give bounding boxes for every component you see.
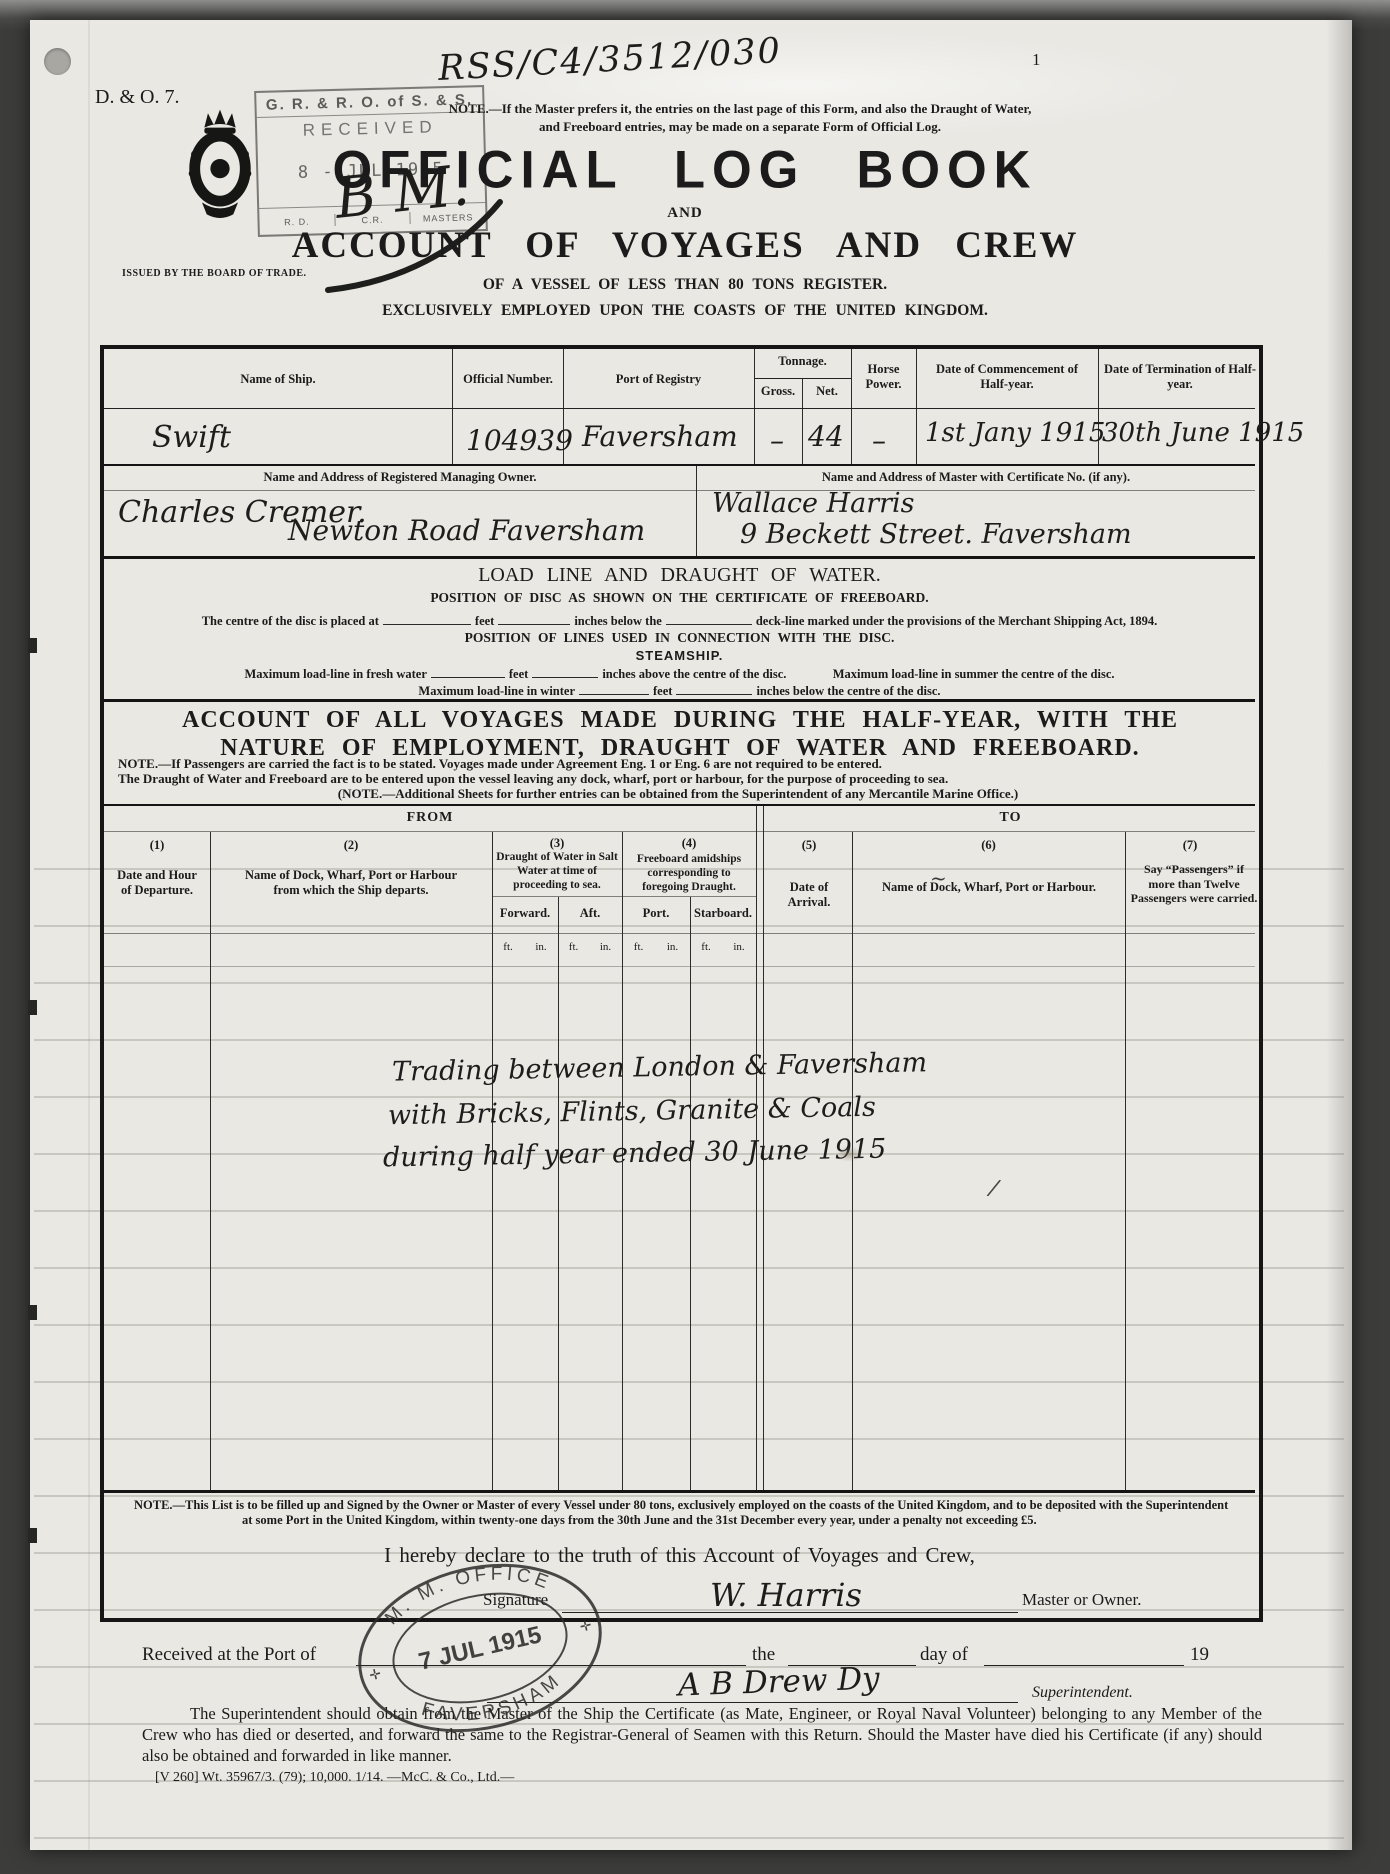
col7-number: (7)	[1125, 838, 1255, 853]
centre-text-2: feet	[475, 614, 494, 628]
commencement-handwritten: 1st Jany 1915	[925, 418, 1105, 448]
main-title: OFFICIAL LOG BOOK	[115, 139, 1255, 200]
col5-number: (5)	[766, 838, 852, 853]
superintendent-signature-handwritten: A B Drew Dy	[677, 1660, 880, 1703]
col6-number: (6)	[852, 838, 1125, 853]
page-number: 1	[1032, 50, 1041, 70]
paper-edge-shadow	[1326, 20, 1352, 1850]
units-row-forward: ft.in.	[492, 941, 558, 953]
unit-in: in.	[733, 941, 744, 953]
punch-hole	[44, 48, 71, 75]
loadline-winter-line: Maximum load-line in winterfeetinches be…	[104, 681, 1255, 699]
subtitle-coasts: EXCLUSIVELY EMPLOYED UPON THE COASTS OF …	[115, 302, 1255, 320]
hdr-termination: Date of Termination of Half-year.	[1102, 362, 1258, 393]
loadline-sub2: POSITION OF LINES USED IN CONNECTION WIT…	[104, 630, 1255, 646]
to-band-label: TO	[766, 810, 1255, 826]
master-or-owner-label: Master or Owner.	[1022, 1590, 1141, 1610]
col2-number: (2)	[210, 838, 492, 853]
loadline-heading: LOAD LINE AND DRAUGHT OF WATER.	[104, 564, 1255, 587]
col6-header: Name of Dock, Wharf, Port or Harbour.	[880, 880, 1098, 895]
col3-header: Draught of Water in Salt Water at time o…	[496, 850, 618, 892]
from-band-label: FROM	[104, 810, 756, 826]
col5-header: Date of Arrival.	[770, 880, 848, 911]
printer-imprint: [V 260] Wt. 35967/3. (79); 10,000. 1/14.…	[155, 1770, 514, 1786]
blank-line	[666, 611, 752, 625]
units-row-port: ft.in.	[622, 941, 690, 953]
centre-text-3: inches below the	[574, 614, 662, 628]
stamp-star-right: ✛	[578, 1619, 593, 1636]
unit-ft: ft.	[701, 941, 710, 953]
hdr-port-of-registry: Port of Registry	[563, 372, 754, 387]
account-note3: (NOTE.—Additional Sheets for further ent…	[118, 786, 1238, 802]
gross-tonnage-handwritten: –	[770, 424, 784, 457]
closing-paragraph: The Superintendent should obtain from th…	[142, 1704, 1262, 1766]
port-handwritten: Faversham	[582, 420, 738, 453]
hdr-commencement: Date of Commencement of Half-year.	[921, 362, 1093, 393]
official-number-handwritten: 104939	[466, 424, 573, 457]
unit-in: in.	[535, 941, 546, 953]
title-and: AND	[115, 205, 1255, 222]
col1-header: Date and Hour of Departure.	[112, 868, 202, 899]
day-of-label: day of	[920, 1644, 968, 1666]
account-heading: ACCOUNT OF ALL VOYAGES MADE DURING THE H…	[150, 706, 1210, 763]
stray-mark-tilde: ~	[930, 866, 947, 890]
account-note1: NOTE.—If Passengers are carried the fact…	[118, 756, 1238, 772]
col4a-subheader: Port.	[622, 906, 690, 921]
blank-line	[579, 681, 649, 695]
winter-text-3: inches below the centre of the disc.	[756, 684, 940, 698]
hdr-horse-power: Horse Power.	[851, 362, 916, 393]
unit-ft: ft.	[634, 941, 643, 953]
hdr-net: Net.	[803, 384, 851, 399]
scanned-log-book-page: RSS/C4/3512/030 1 D. & O. 7. ISSUED BY T…	[0, 0, 1390, 1874]
loadline-steamship: STEAMSHIP.	[104, 648, 1255, 663]
col3a-subheader: Forward.	[492, 906, 558, 921]
master-name-handwritten: Wallace Harris	[712, 488, 915, 519]
unit-ft: ft.	[503, 941, 512, 953]
centre-text-4: deck-line marked under the provisions of…	[756, 614, 1157, 628]
winter-text-1: Maximum load-line in winter	[418, 684, 575, 698]
binding-mark	[28, 1528, 37, 1543]
stamp-star-left: ✛	[368, 1667, 383, 1684]
binding-mark	[28, 1305, 37, 1320]
loadline-fresh-line: Maximum load-line in fresh waterfeetinch…	[104, 664, 1255, 682]
unit-ft: ft.	[569, 941, 578, 953]
subtitle-account: ACCOUNT OF VOYAGES AND CREW	[115, 224, 1255, 267]
loadline-centre-line: The centre of the disc is placed atfeeti…	[104, 611, 1255, 629]
binding-mark	[28, 1000, 37, 1015]
blank-line	[383, 611, 471, 625]
hdr-owner: Name and Address of Registered Managing …	[104, 470, 696, 485]
blank-line	[431, 664, 505, 678]
col4b-subheader: Starboard.	[690, 906, 756, 921]
stamp-date: 7 JUL 1915	[416, 1621, 544, 1675]
fresh-text-2: feet	[509, 667, 528, 681]
account-note2: The Draught of Water and Freeboard are t…	[118, 771, 1238, 787]
col3-number: (3)	[492, 836, 622, 851]
fresh-text-3: inches above the centre of the disc.	[602, 667, 786, 681]
horse-power-handwritten: –	[872, 424, 886, 457]
blank-line	[532, 664, 598, 678]
summer-text: Maximum load-line in summer the centre o…	[833, 667, 1115, 681]
year-label: 19	[1190, 1644, 1209, 1666]
winter-text-2: feet	[653, 684, 672, 698]
units-row-aft: ft.in.	[558, 941, 622, 953]
binding-mark	[28, 638, 37, 653]
hdr-tonnage: Tonnage.	[754, 354, 851, 369]
unit-in: in.	[667, 941, 678, 953]
fresh-text-1: Maximum load-line in fresh water	[244, 667, 426, 681]
unit-in: in.	[600, 941, 611, 953]
hdr-name-of-ship: Name of Ship.	[104, 372, 452, 387]
col3b-subheader: Aft.	[558, 906, 622, 921]
col1-number: (1)	[104, 838, 210, 853]
blank-line	[676, 681, 752, 695]
hdr-master: Name and Address of Master with Certific…	[696, 470, 1256, 485]
units-row-starboard: ft.in.	[690, 941, 756, 953]
centre-text-1: The centre of the disc is placed at	[202, 614, 379, 628]
col7-header: Say “Passengers” if more than Twelve Pas…	[1130, 862, 1258, 906]
hdr-official-number: Official Number.	[453, 372, 563, 387]
superintendent-label: Superintendent.	[1032, 1684, 1133, 1702]
paper-crease	[88, 20, 90, 1850]
bottom-note: NOTE.—This List is to be filled up and S…	[134, 1498, 1239, 1528]
col2-header: Name of Dock, Wharf, Port or Harbour fro…	[240, 868, 462, 899]
col4-header: Freeboard amidships corresponding to for…	[626, 852, 752, 894]
net-tonnage-handwritten: 44	[808, 420, 844, 453]
loadline-sub1: POSITION OF DISC AS SHOWN ON THE CERTIFI…	[104, 590, 1255, 606]
ship-name-handwritten: Swift	[152, 420, 231, 455]
termination-handwritten: 30th June 1915	[1102, 418, 1304, 448]
subtitle-vessel: OF A VESSEL OF LESS THAN 80 TONS REGISTE…	[115, 276, 1255, 294]
col4-number: (4)	[622, 836, 756, 851]
blank-line	[498, 611, 570, 625]
declaration-text: I hereby declare to the truth of this Ac…	[104, 1543, 1255, 1568]
master-address-handwritten: 9 Beckett Street. Faversham	[740, 519, 1132, 550]
smudge	[836, 1146, 862, 1162]
received-at-label: Received at the Port of	[142, 1644, 316, 1666]
top-note: NOTE.—If the Master prefers it, the entr…	[440, 100, 1040, 135]
owner-address-handwritten: Newton Road Faversham	[288, 514, 645, 547]
the-label: the	[752, 1644, 775, 1666]
form-code: D. & O. 7.	[95, 86, 179, 109]
master-signature-handwritten: W. Harris	[710, 1576, 862, 1614]
hdr-gross: Gross.	[754, 384, 802, 399]
